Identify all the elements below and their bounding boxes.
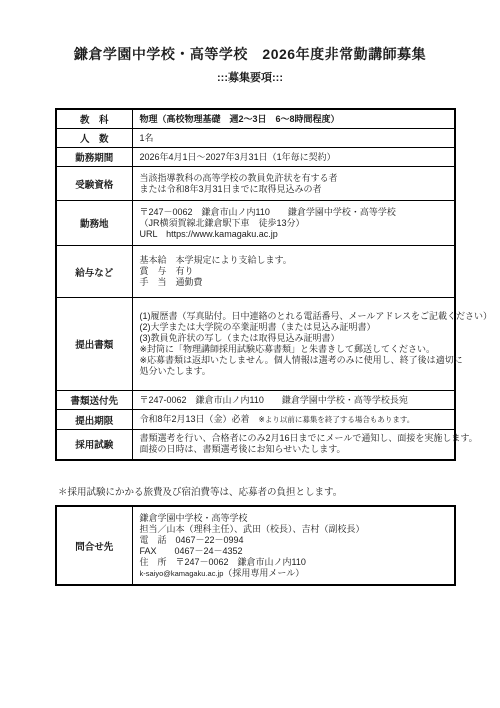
row-label: 提出書類: [56, 298, 132, 391]
document-title: 鎌倉学園中学校・高等学校 2026年度非常勤講師募集: [0, 44, 500, 64]
row-label: 受験資格: [56, 167, 132, 201]
table-row: 提出書類(1)履歴書（写真貼付。日中連絡のとれる電話番号、メールアドレスをご記載…: [56, 298, 455, 391]
row-content: 2026年4月1日～2027年3月31日（1年毎に契約）: [132, 148, 455, 167]
contact-table: 問合せ先鎌倉学園中学校・高等学校担当／山本（理科主任）、武田（校長）、吉村（副校…: [55, 505, 456, 586]
row-content: 物理（高校物理基礎 週2～3日 6～8時間程度）: [132, 109, 455, 129]
content-line: (2)大学または大学院の卒業証明書（または見込み証明書）: [140, 322, 451, 333]
content-line: URL https://www.kamagaku.ac.jp: [140, 229, 451, 240]
table-row: 給与など基本給 本学規定により支給します。賞 与 有り手 当 通勤費: [56, 246, 455, 298]
row-content: 当該指導教科の高等学校の教員免許状を有する者または令和8年3月31日までに取得見…: [132, 167, 455, 201]
row-label: 勤務期間: [56, 148, 132, 167]
table-row: 採用試験書類選考を行い、合格者にのみ2月16日までにメールで通知し、面接を実施し…: [56, 430, 455, 460]
row-content: 基本給 本学規定により支給します。賞 与 有り手 当 通勤費: [132, 246, 455, 298]
table-row: 書類送付先〒247-0062 鎌倉市山ノ内110 鎌倉学園中学校・高等学校長宛: [56, 391, 455, 410]
content-line: 書類選考を行い、合格者にのみ2月16日までにメールで通知し、面接を実施します。: [140, 433, 451, 444]
row-content: 令和8年2月13日（金）必着 ※より以前に募集を終了する場合もあります。: [132, 410, 455, 430]
row-content: 鎌倉学園中学校・高等学校担当／山本（理科主任）、武田（校長）、吉村（副校長）電 …: [132, 506, 455, 585]
content-text: （採用専用メール）: [223, 568, 304, 578]
content-line: (3)教員免許状の写し（または取得見込み証明書）: [140, 333, 451, 344]
table-row: 教 科物理（高校物理基礎 週2～3日 6～8時間程度）: [56, 109, 455, 129]
content-line: ※封筒に「物理講師採用試験応募書類」と朱書きして郵送してください。: [140, 344, 451, 355]
content-line: 手 当 通勤費: [140, 277, 451, 288]
content-line: FAX 0467－24－4352: [140, 546, 451, 557]
row-label: 教 科: [56, 109, 132, 129]
document-subtitle: :::募集要項:::: [0, 69, 500, 85]
content-text: 令和8年2月13日（金）必着: [140, 414, 259, 424]
row-label: 勤務地: [56, 201, 132, 246]
table-row: 勤務地〒247－0062 鎌倉市山ノ内110 鎌倉学園中学校・高等学校（JR横須…: [56, 201, 455, 246]
content-line: (1)履歴書（写真貼付。日中連絡のとれる電話番号、メールアドレスをご記載ください…: [140, 311, 451, 322]
content-line: または令和8年3月31日までに取得見込みの者: [140, 184, 451, 195]
table-row: 問合せ先鎌倉学園中学校・高等学校担当／山本（理科主任）、武田（校長）、吉村（副校…: [56, 506, 455, 585]
table-row: 受験資格当該指導教科の高等学校の教員免許状を有する者または令和8年3月31日まで…: [56, 167, 455, 201]
row-content: (1)履歴書（写真貼付。日中連絡のとれる電話番号、メールアドレスをご記載ください…: [132, 298, 455, 391]
recruitment-table: 教 科物理（高校物理基礎 週2～3日 6～8時間程度）人 数1名勤務期間2026…: [55, 108, 456, 461]
content-line: 2026年4月1日～2027年3月31日（1年毎に契約）: [140, 152, 451, 163]
content-line: 処分いたします。: [140, 366, 451, 377]
row-content: 書類選考を行い、合格者にのみ2月16日までにメールで通知し、面接を実施します。面…: [132, 430, 455, 460]
content-line: （JR横須賀線北鎌倉駅下車 徒歩13分）: [140, 218, 451, 229]
content-line: 賞 与 有り: [140, 266, 451, 277]
content-line: 面接の日時は、書類選考後にお知らせいたします。: [140, 444, 451, 455]
row-content: 〒247-0062 鎌倉市山ノ内110 鎌倉学園中学校・高等学校長宛: [132, 391, 455, 410]
row-label: 提出期限: [56, 410, 132, 430]
content-line: 1名: [140, 133, 451, 144]
content-line: 〒247-0062 鎌倉市山ノ内110 鎌倉学園中学校・高等学校長宛: [140, 395, 451, 406]
content-line: 〒247－0062 鎌倉市山ノ内110 鎌倉学園中学校・高等学校: [140, 207, 451, 218]
row-label: 問合せ先: [56, 506, 132, 585]
table-row: 人 数1名: [56, 129, 455, 148]
content-line: 住 所 〒247－0062 鎌倉市山ノ内110: [140, 557, 451, 568]
document-page: 鎌倉学園中学校・高等学校 2026年度非常勤講師募集 :::募集要項::: 教 …: [0, 0, 500, 708]
content-line: 鎌倉学園中学校・高等学校: [140, 513, 451, 524]
row-content: 〒247－0062 鎌倉市山ノ内110 鎌倉学園中学校・高等学校（JR横須賀線北…: [132, 201, 455, 246]
content-line: 電 話 0467－22－0994: [140, 535, 451, 546]
content-line: k-saiyo@kamagaku.ac.jp（採用専用メール）: [140, 568, 451, 579]
content-line: 担当／山本（理科主任）、武田（校長）、吉村（副校長）: [140, 524, 451, 535]
content-line: 基本給 本学規定により支給します。: [140, 255, 451, 266]
contact-table-body: 問合せ先鎌倉学園中学校・高等学校担当／山本（理科主任）、武田（校長）、吉村（副校…: [56, 506, 455, 585]
content-note: k-saiyo@kamagaku.ac.jp: [140, 569, 224, 578]
row-label: 給与など: [56, 246, 132, 298]
content-line: 当該指導教科の高等学校の教員免許状を有する者: [140, 173, 451, 184]
row-label: 人 数: [56, 129, 132, 148]
row-label: 採用試験: [56, 430, 132, 460]
table-row: 勤務期間2026年4月1日～2027年3月31日（1年毎に契約）: [56, 148, 455, 167]
footnote: ＊採用試験にかかる旅費及び宿泊費等は、応募者の負担とします。: [58, 484, 342, 498]
recruitment-table-body: 教 科物理（高校物理基礎 週2～3日 6～8時間程度）人 数1名勤務期間2026…: [56, 109, 455, 460]
content-line: 令和8年2月13日（金）必着 ※より以前に募集を終了する場合もあります。: [140, 414, 451, 425]
content-line: 物理（高校物理基礎 週2～3日 6～8時間程度）: [140, 114, 451, 125]
row-content: 1名: [132, 129, 455, 148]
table-row: 提出期限令和8年2月13日（金）必着 ※より以前に募集を終了する場合もあります。: [56, 410, 455, 430]
content-note: ※より以前に募集を終了する場合もあります。: [259, 415, 415, 424]
row-label: 書類送付先: [56, 391, 132, 410]
content-line: ※応募書類は返却いたしません。個人情報は選考のみに使用し、終了後は適切に: [140, 355, 451, 366]
